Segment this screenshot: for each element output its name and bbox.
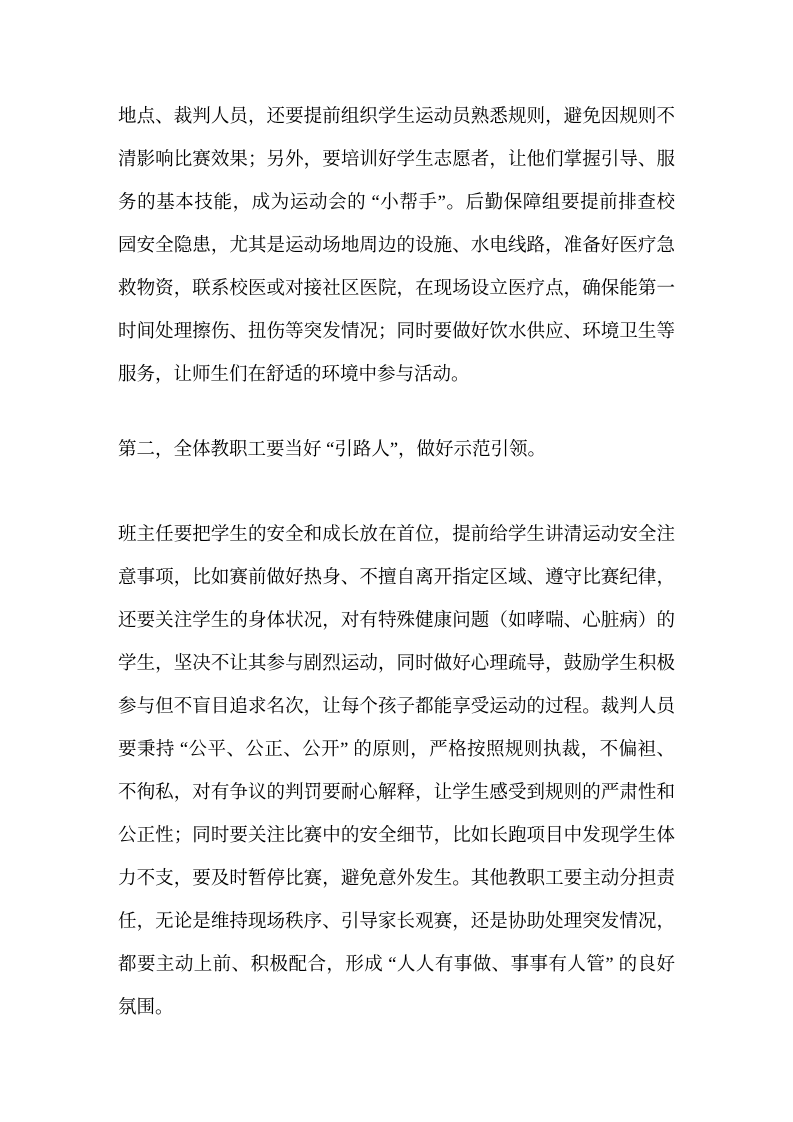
body-paragraph: 班主任要把学生的安全和成长放在首位，提前给学生讲清运动安全注意事项，比如赛前做好…: [118, 514, 675, 1030]
body-paragraph-continuation: 地点、裁判人员，还要提前组织学生运动员熟悉规则，避免因规则不清影响比赛效果；另外…: [118, 96, 675, 397]
document-text-block: 地点、裁判人员，还要提前组织学生运动员熟悉规则，避免因规则不清影响比赛效果；另外…: [118, 96, 675, 1030]
section-heading: 第二，全体教职工要当好 “引路人”，做好示范引领。: [118, 429, 675, 472]
document-page: 地点、裁判人员，还要提前组织学生运动员熟悉规则，避免因规则不清影响比赛效果；另外…: [0, 0, 793, 1122]
